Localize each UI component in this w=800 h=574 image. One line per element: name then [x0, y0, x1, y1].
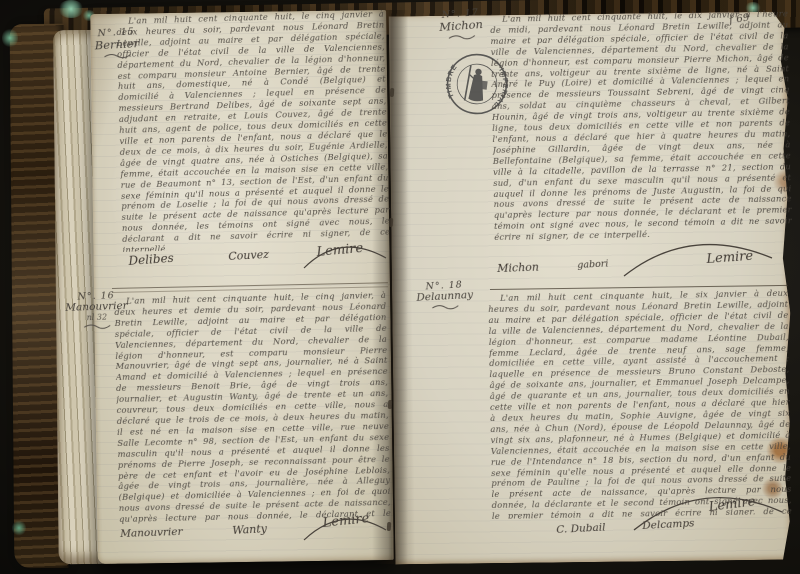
signature: Michon [497, 261, 539, 275]
entry-15-body: L'an mil huit cent cinquante huit, le ci… [116, 9, 390, 252]
signature-flourish [300, 508, 390, 544]
mold-stain [12, 520, 26, 536]
mold-stain [58, 0, 84, 18]
stamp-allegorical-figure [465, 65, 490, 103]
binding-stitch [390, 88, 395, 97]
signature-flourish [630, 484, 790, 534]
entry-17-body: L'an mil huit cent cinquante huit, le di… [490, 8, 793, 258]
signature: C. Dubail [556, 521, 606, 536]
signature-flourish [300, 238, 390, 272]
entry-16-body: L'an mil huit cent cinquante huit, le ci… [114, 290, 391, 524]
signature: Manouvrier [120, 526, 183, 540]
register-book-photo: N°. 15 Bernier L'an mil huit cent cinqua… [0, 0, 800, 574]
signature: Couvez [228, 248, 269, 263]
margin-flourish [82, 321, 112, 330]
signature-flourish [620, 234, 780, 280]
mold-stain [2, 28, 18, 48]
signature: Wanty [232, 522, 267, 537]
signature: gabori [577, 258, 609, 271]
entry-18-margin-header: N°. 18 Delaunnay [394, 278, 495, 313]
margin-flourish [430, 302, 460, 312]
